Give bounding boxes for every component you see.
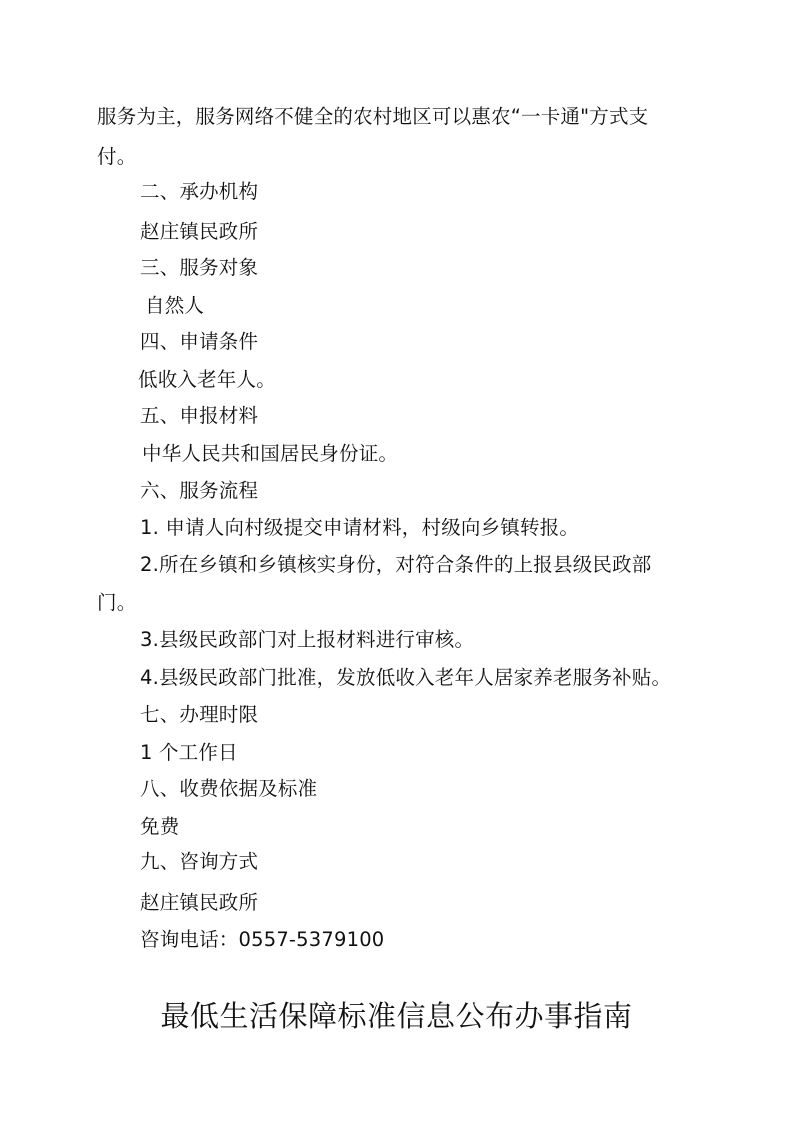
fees-value: 免费	[140, 815, 179, 839]
time-limit-value: 1 个工作日	[140, 741, 238, 765]
section-heading-conditions: 四、申请条件	[140, 330, 258, 354]
process-step-2: 2.所在乡镇和乡镇核实身份，对符合条件的上报县级民政部	[140, 553, 652, 577]
process-step-4: 4.县级民政部门批准，发放低收入老年人居家养老服务补贴。	[140, 666, 671, 690]
next-section-title: 最低生活保障标准信息公布办事指南	[0, 998, 793, 1034]
section-heading-time-limit: 七、办理时限	[140, 703, 258, 727]
section-heading-agency: 二、承办机构	[140, 180, 258, 204]
section-heading-materials: 五、申报材料	[140, 404, 258, 428]
section-heading-process: 六、服务流程	[140, 479, 258, 503]
section-heading-fees: 八、收费依据及标准	[140, 777, 317, 801]
section-heading-service-target: 三、服务对象	[140, 256, 258, 280]
service-target-value: 自然人	[145, 294, 204, 318]
process-step-3: 3.县级民政部门对上报材料进行审核。	[140, 628, 474, 652]
consult-phone: 咨询电话：0557-5379100	[140, 928, 384, 952]
conditions-value: 低收入老年人。	[138, 368, 276, 392]
consult-office: 赵庄镇民政所	[140, 891, 258, 915]
agency-value: 赵庄镇民政所	[140, 220, 258, 244]
text-line-1: 服务为主，服务网络不健全的农村地区可以惠农“一卡通"方式支	[97, 105, 648, 129]
process-step-1: 1. 申请人向村级提交申请材料，村级向乡镇转报。	[140, 516, 579, 540]
section-heading-consult: 九、咨询方式	[140, 850, 258, 874]
materials-value: 中华人民共和国居民身份证。	[142, 442, 398, 466]
text-line-2: 付。	[97, 145, 136, 169]
process-step-2-cont: 门。	[97, 591, 136, 615]
